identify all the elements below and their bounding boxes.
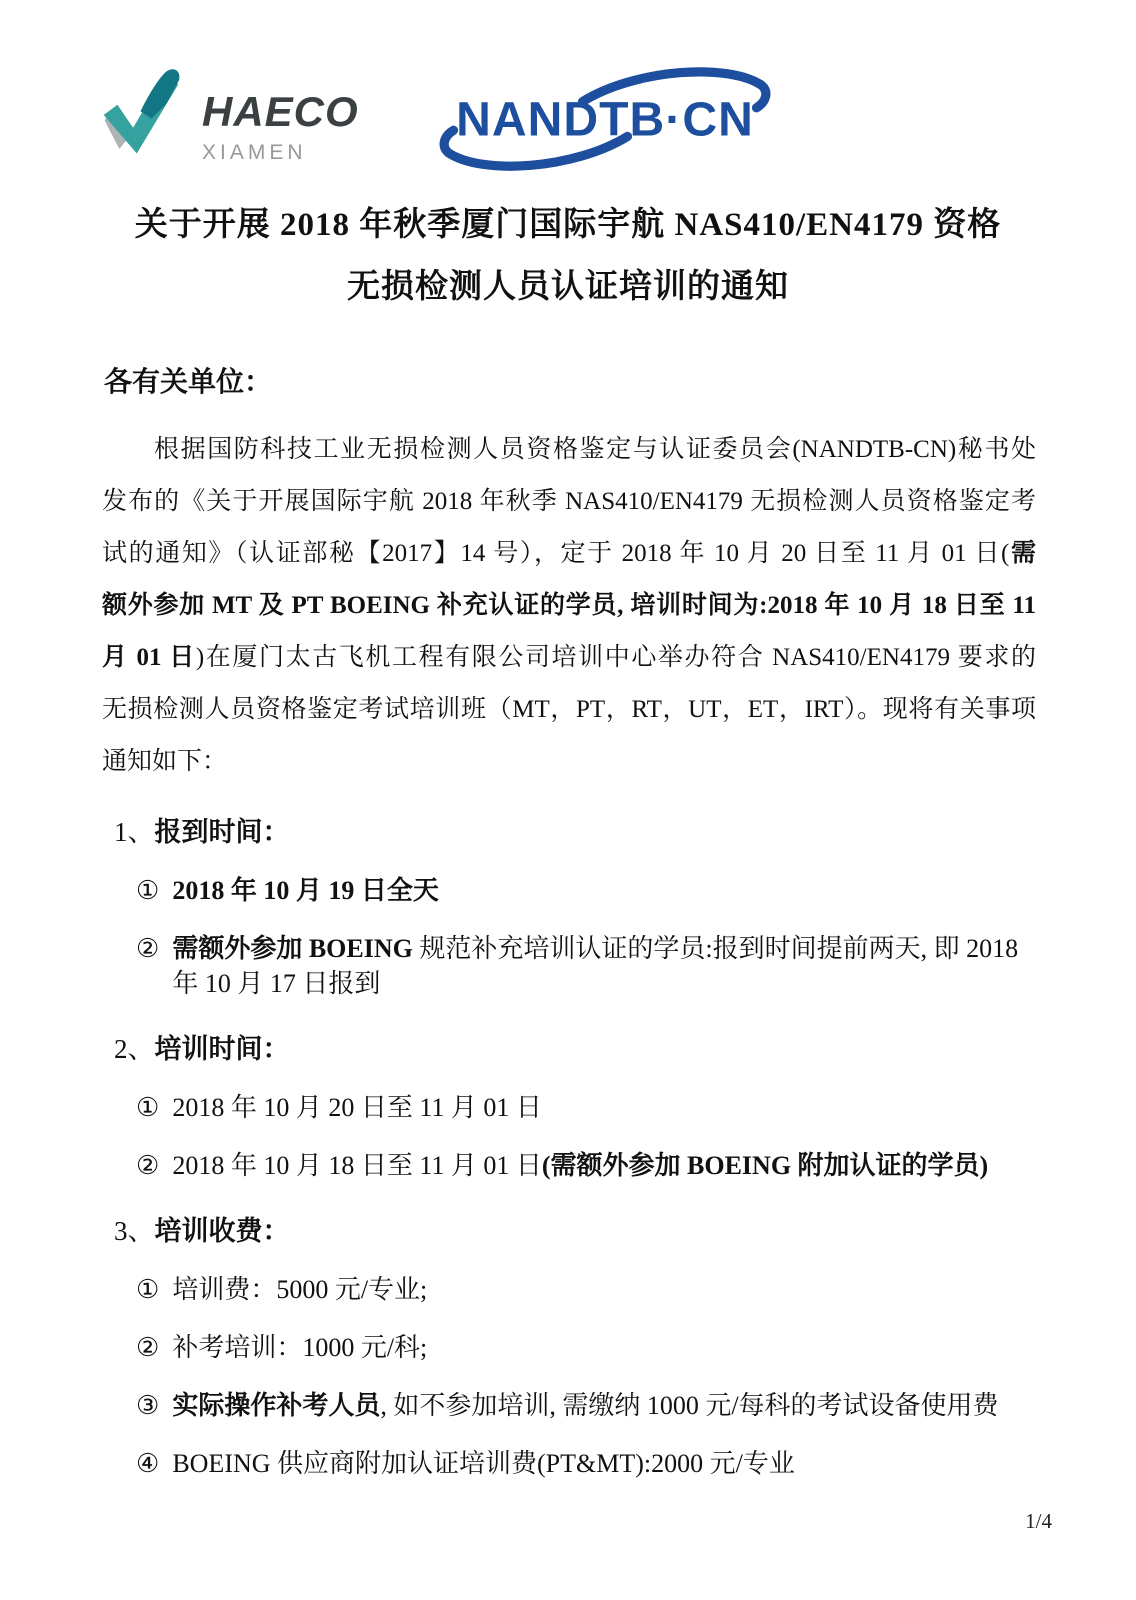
section-title: 报到时间： [155,817,290,847]
page-number: 1/4 [1025,1509,1052,1534]
list-item: ③实际操作补考人员, 如不参加培训, 需缴纳 1000 元/每科的考试设备使用费 [136,1388,1040,1423]
section-2: 2、培训时间：①2018 年 10 月 20 日至 11 月 01 日②2018… [114,1031,1040,1183]
bold-text-run: 需额外参加 BOEING [172,934,419,963]
item-marker: ② [136,1330,159,1365]
sections: 1、报到时间：①2018 年 10 月 19 日全天②需额外参加 BOEING … [114,814,1040,1481]
item-marker: ① [136,1272,159,1307]
list-item: ②补考培训：1000 元/科; [136,1330,1040,1365]
title-line-1: 关于开展 2018 年秋季厦门国际宇航 NAS410/EN4179 资格 [0,194,1136,256]
item-text: 2018 年 10 月 19 日全天 [172,873,1040,908]
item-text: 2018 年 10 月 18 日至 11 月 01 日(需额外参加 BOEING… [172,1148,1040,1183]
bold-text-run: 月 01 日 [102,644,196,671]
text-run: 试的通知》（认证部秘【2017】14 号），定于 2018 年 10 月 20 … [102,540,1009,567]
intro-paragraph: 根据国防科技工业无损检测人员资格鉴定与认证委员会(NANDTB-CN)秘书处发布… [102,424,1036,788]
item-marker: ① [136,1090,159,1125]
item-marker: ④ [136,1446,159,1481]
nandtb-text: NANDTB·CN [456,92,754,146]
item-text: 培训费：5000 元/专业; [172,1272,1040,1307]
intro-line: 发布的《关于开展国际宇航 2018 年秋季 NAS410/EN4179 无损检测… [102,476,1036,528]
logo-row: HAECO XIAMEN NANDTB·CN [0,0,1136,172]
salutation: 各有关单位： [104,360,1136,400]
text-run: 2018 年 10 月 18 日至 11 月 01 日 [172,1151,542,1180]
section-heading: 3、培训收费： [114,1213,1040,1249]
item-marker: ② [136,931,159,1001]
title-line-2: 无损检测人员认证培训的通知 [0,256,1136,318]
section-1: 1、报到时间：①2018 年 10 月 19 日全天②需额外参加 BOEING … [114,814,1040,1001]
haeco-logo: HAECO XIAMEN [100,62,359,168]
document-page: HAECO XIAMEN NANDTB·CN 关于开展 2018 年秋季厦门国际… [0,0,1136,1600]
intro-line: 无损检测人员资格鉴定考试培训班（MT，PT，RT，UT，ET，IRT）。现将有关… [102,684,1036,736]
haeco-wordmark: HAECO XIAMEN [202,62,359,168]
bold-text-run: 2018 年 10 月 19 日全天 [172,876,439,905]
text-run: 无损检测人员资格鉴定考试培训班（MT，PT，RT，UT，ET，IRT）。现将有关… [102,696,1036,723]
text-run: )在厦门太古飞机工程有限公司培训中心举办符合 NAS410/EN4179 要求的 [196,644,1036,671]
section-number: 2、 [114,1034,155,1064]
bold-text-run: 实际操作补考人员 [172,1391,380,1420]
list-item: ①2018 年 10 月 20 日至 11 月 01 日 [136,1090,1040,1125]
intro-line: 通知如下： [102,736,1036,788]
list-item: ①2018 年 10 月 19 日全天 [136,873,1040,908]
item-marker: ③ [136,1388,159,1423]
intro-line: 月 01 日)在厦门太古飞机工程有限公司培训中心举办符合 NAS410/EN41… [102,632,1036,684]
text-run: 发布的《关于开展国际宇航 2018 年秋季 NAS410/EN4179 无损检测… [102,488,1036,515]
intro-line: 额外参加 MT 及 PT BOEING 补充认证的学员, 培训时间为:2018 … [102,580,1036,632]
bold-text-run: (需额外参加 BOEING 附加认证的学员) [542,1151,988,1180]
nandtb-logo: NANDTB·CN [431,60,779,181]
text-run: , 如不参加培训, 需缴纳 1000 元/每科的考试设备使用费 [380,1391,998,1420]
intro-line: 试的通知》（认证部秘【2017】14 号），定于 2018 年 10 月 20 … [102,528,1036,580]
item-text: BOEING 供应商附加认证培训费(PT&MT):2000 元/专业 [172,1446,1040,1481]
bold-text-run: 额外参加 MT 及 PT BOEING 补充认证的学员, 培训时间为:2018 … [102,592,1036,619]
text-run: 培训费：5000 元/专业; [172,1275,427,1304]
section-3: 3、培训收费：①培训费：5000 元/专业;②补考培训：1000 元/科;③实际… [114,1213,1040,1481]
text-run: 补考培训：1000 元/科; [172,1333,427,1362]
bold-text-run: 需 [1009,540,1036,567]
item-text: 补考培训：1000 元/科; [172,1330,1040,1365]
intro-line: 根据国防科技工业无损检测人员资格鉴定与认证委员会(NANDTB-CN)秘书处 [102,424,1036,476]
section-title: 培训收费： [155,1216,290,1246]
item-text: 2018 年 10 月 20 日至 11 月 01 日 [172,1090,1040,1125]
section-title: 培训时间： [155,1034,290,1064]
haeco-wing-icon [100,62,192,166]
section-number: 1、 [114,817,155,847]
item-marker: ② [136,1148,159,1183]
list-item: ②2018 年 10 月 18 日至 11 月 01 日(需额外参加 BOEIN… [136,1148,1040,1183]
section-heading: 1、报到时间： [114,814,1040,850]
text-run: 2018 年 10 月 20 日至 11 月 01 日 [172,1093,542,1122]
document-title: 关于开展 2018 年秋季厦门国际宇航 NAS410/EN4179 资格 无损检… [0,194,1136,318]
text-run: 通知如下： [102,748,227,775]
text-run: BOEING 供应商附加认证培训费(PT&MT):2000 元/专业 [172,1449,795,1478]
section-heading: 2、培训时间： [114,1031,1040,1067]
item-marker: ① [136,873,159,908]
list-item: ①培训费：5000 元/专业; [136,1272,1040,1307]
haeco-region: XIAMEN [202,138,359,168]
haeco-name: HAECO [202,90,359,134]
list-item: ④BOEING 供应商附加认证培训费(PT&MT):2000 元/专业 [136,1446,1040,1481]
text-run: 根据国防科技工业无损检测人员资格鉴定与认证委员会(NANDTB-CN)秘书处 [154,436,1036,463]
nandtb-swoosh-icon: NANDTB·CN [431,60,779,176]
item-text: 实际操作补考人员, 如不参加培训, 需缴纳 1000 元/每科的考试设备使用费 [172,1388,1040,1423]
section-number: 3、 [114,1216,155,1246]
list-item: ②需额外参加 BOEING 规范补充培训认证的学员:报到时间提前两天, 即 20… [136,931,1040,1001]
item-text: 需额外参加 BOEING 规范补充培训认证的学员:报到时间提前两天, 即 201… [172,931,1040,1001]
